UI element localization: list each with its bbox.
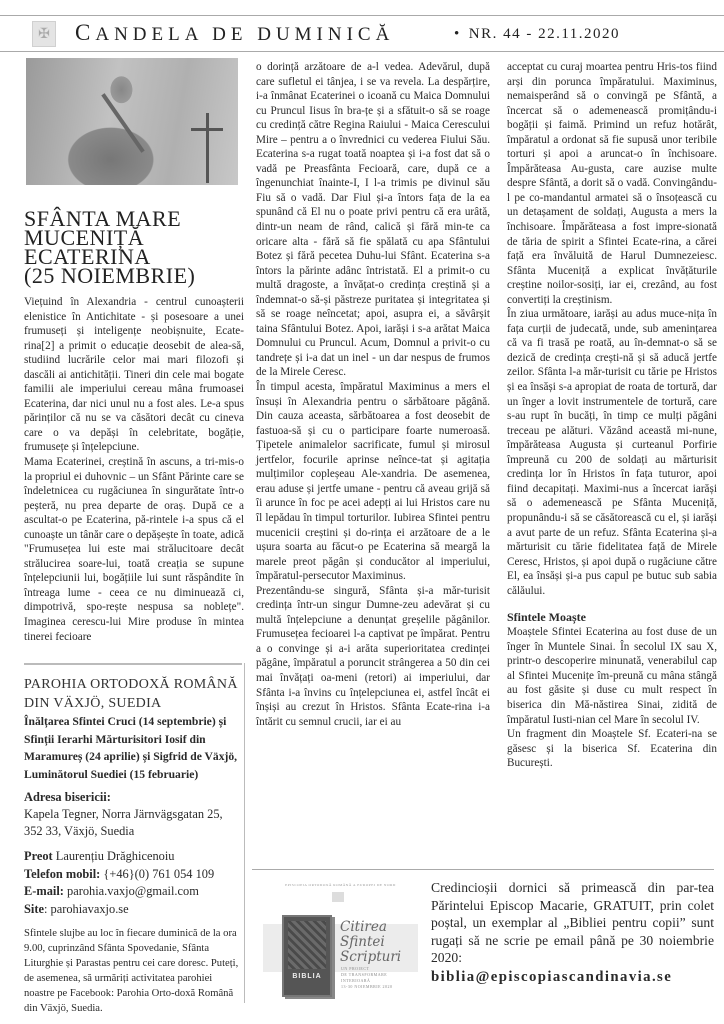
bible-reading-promo-image: EPISCOPIA ORTODOXĂ ROMÂNĂ A EUROPEI DE N… <box>258 880 423 1015</box>
paragraph: acceptat cu curaj moartea pentru Hris-to… <box>507 60 717 307</box>
offer-email-link[interactable]: bibliа@episcopiascandinavia.se <box>431 969 714 987</box>
church-crest-icon: ✠ <box>32 21 56 47</box>
paragraph: În timpul acesta, împăratul Maximinus a … <box>256 380 490 584</box>
publication-title: CANDELA DE DUMINICĂ <box>75 20 394 46</box>
paragraph: Prezentându-se singură, Sfânta și-a măr-… <box>256 584 490 729</box>
episcopate-crest-icon <box>332 892 344 902</box>
paragraph: o dorință arzătoare de a-l vedea. Adevăr… <box>256 60 490 380</box>
cross-icon <box>206 113 209 183</box>
article-column-2: o dorință arzătoare de a-l vedea. Adevăr… <box>256 60 490 729</box>
paragraph: Moaștele Sfintei Ecaterina au fost duse … <box>507 625 717 727</box>
article-column-1: SFÂNTA MARE MUCENIȚĂ ECATERINA (25 NOIEM… <box>24 58 244 644</box>
bottom-section-rule <box>252 869 714 870</box>
article-body-col1: Viețuind în Alexandria - centrul cunoașt… <box>24 295 244 644</box>
header-bottom-rule <box>0 51 724 52</box>
paragraph: În ziua următoare, iarăși au adus muce-n… <box>507 307 717 598</box>
parish-dedication: Înălțarea Sfintei Cruci (14 septembrie) … <box>24 713 242 783</box>
promo-script-title: Citirea Sfintei Scripturi <box>340 920 401 965</box>
issue-info: •NR. 44 - 22.11.2020 <box>454 26 620 43</box>
priest-name: Laurențiu Drăghicenoiu <box>53 849 175 863</box>
masthead: ✠ CANDELA DE DUMINICĂ •NR. 44 - 22.11.20… <box>0 16 724 51</box>
parish-name: PAROHIA ORTODOXĂ ROMÂNĂ DIN VÄXJÖ, SUEDI… <box>24 675 242 713</box>
parish-info-box: PAROHIA ORTODOXĂ ROMÂNĂ DIN VÄXJÖ, SUEDI… <box>24 663 242 1016</box>
bullet-icon: • <box>454 26 461 42</box>
phone-number: {+46}(0) 761 054 109 <box>100 867 214 881</box>
bible-offer-notice: Credincioșii dornici să primească din pa… <box>431 879 714 986</box>
article-title: SFÂNTA MARE MUCENIȚĂ ECATERINA (25 NOIEM… <box>24 209 244 285</box>
church-address: Kapela Tegner, Norra Järnvägsgatan 25, 3… <box>24 806 242 840</box>
sword-icon <box>101 93 144 153</box>
paragraph: Viețuind în Alexandria - centrul cunoașt… <box>24 295 244 455</box>
parish-box-border <box>244 663 245 1003</box>
article-column-3: acceptat cu curaj moartea pentru Hris-to… <box>507 60 717 771</box>
paragraph: Mama Ecaterinei, creștină în ascuns, a t… <box>24 455 244 644</box>
contact-block: Preot Laurențiu Drăghicenoiu Telefon mob… <box>24 848 242 918</box>
promo-project-text: UN PROIECT DE TRANSFORMARE INTERIOARĂ 13… <box>341 966 393 990</box>
saint-catherine-icon-image <box>26 58 238 185</box>
parish-email-link[interactable]: parohia.vaxjo@gmail.com <box>64 884 199 898</box>
relics-heading: Sfintele Moaște <box>507 609 717 625</box>
service-schedule-note: Sfintele slujbe au loc în fiecare dumini… <box>24 926 242 1016</box>
address-label: Adresa bisericii: <box>24 789 242 806</box>
parish-site-link[interactable]: : parohiavaxjo.se <box>44 902 129 916</box>
paragraph: Un fragment din Moaștele Sf. Ecateri-na … <box>507 727 717 771</box>
bible-book-icon: BIBLIA <box>282 915 332 997</box>
